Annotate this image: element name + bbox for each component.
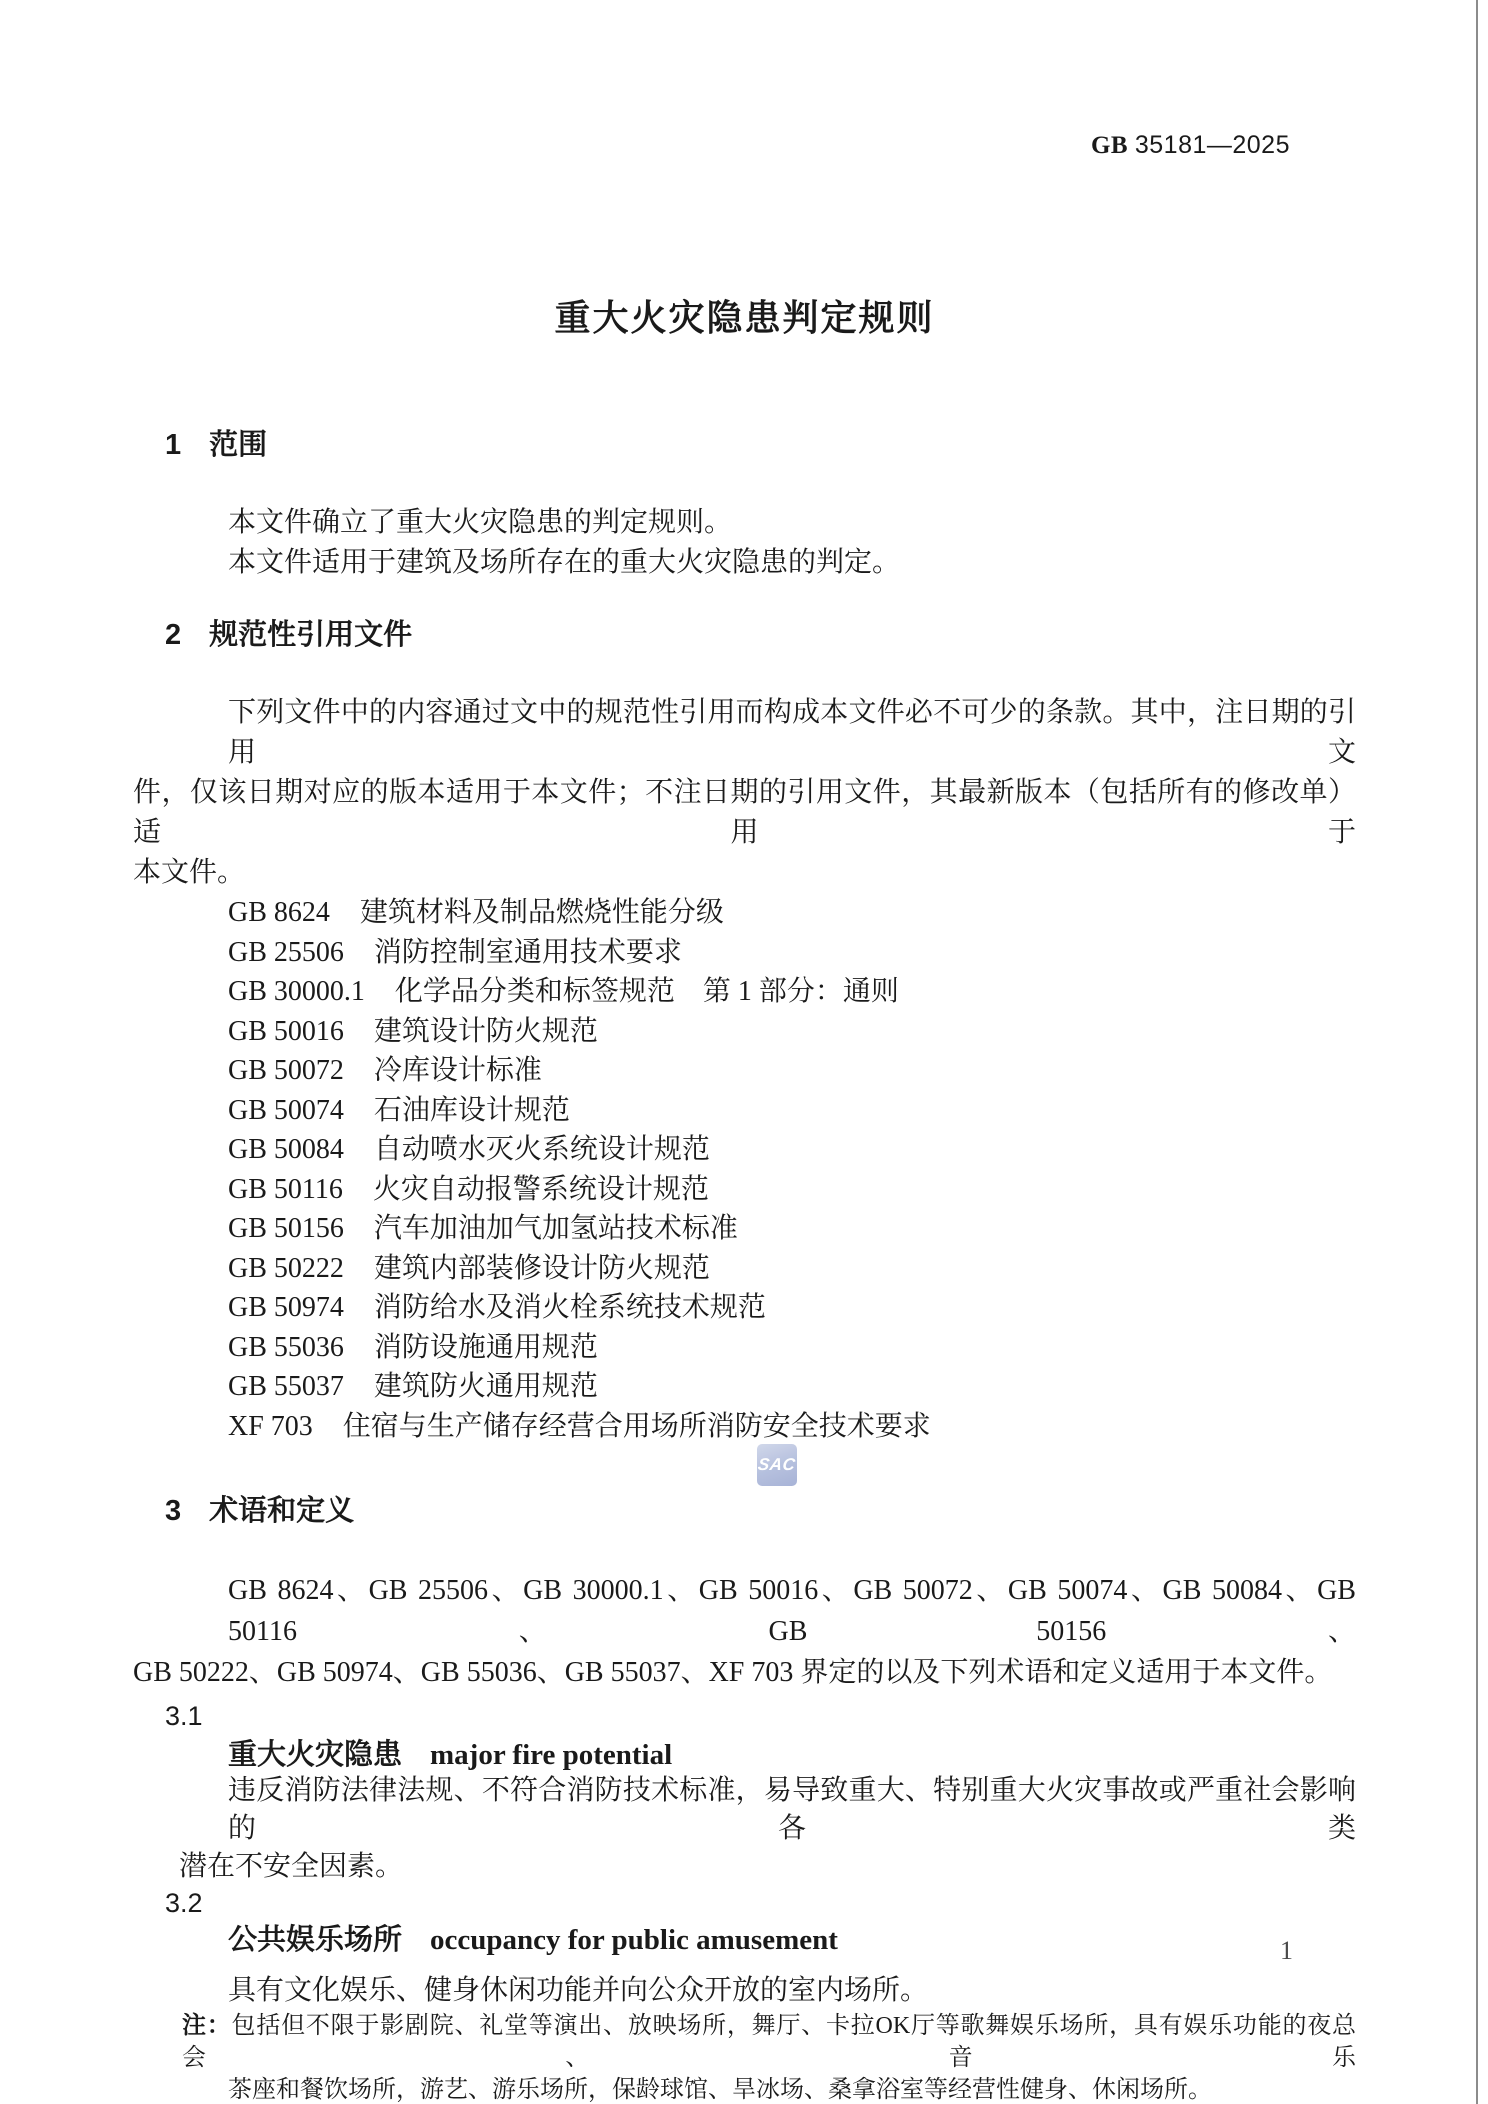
reference-title: 消防设施通用规范 [374,1332,598,1363]
reference-item: GB 8624建筑材料及制品燃烧性能分级 [228,893,1356,933]
reference-title: 冷库设计标准 [374,1055,542,1086]
section-2-heading: 2规范性引用文件 [165,618,1356,652]
reference-code: GB 50222 [228,1253,344,1284]
reference-title: 建筑内部装修设计防火规范 [374,1253,710,1284]
section-3-number: 3 [165,1495,181,1527]
term-3-1-definition: 违反消防法律法规、不符合消防技术标准，易导致重大、特别重大火灾事故或严重社会影响… [133,1772,1356,1886]
reference-item: GB 50974消防给水及消火栓系统技术规范 [228,1288,1356,1328]
reference-item: GB 25506消防控制室通用技术要求 [228,933,1356,973]
sac-watermark: SAC [757,1444,797,1486]
definition-line: 潜在不安全因素。 [179,1848,1356,1886]
reference-code: GB 50072 [228,1055,344,1086]
section-2-number: 2 [165,619,181,651]
section-2-title: 规范性引用文件 [209,619,412,651]
paragraph-line: GB 8624、GB 25506、GB 30000.1、GB 50016、GB … [228,1570,1356,1652]
reference-item: GB 50084自动喷水灭火系统设计规范 [228,1130,1356,1170]
note-line: 茶座和餐饮场所，游艺、游乐场所，保龄球馆、旱冰场、桑拿浴室等经营性健身、休闲场所… [228,2074,1356,2104]
page-content: GB 35181—2025 重大火灾隐患判定规则 1范围 本文件确立了重大火灾隐… [133,0,1356,2104]
reference-item: GB 50156汽车加油加气加氢站技术标准 [228,1209,1356,1249]
reference-code: GB 50084 [228,1134,344,1165]
section-3-heading: 3术语和定义 [165,1494,1356,1528]
paragraph-line: GB 50222、GB 50974、GB 55036、GB 55037、XF 7… [133,1652,1356,1693]
normative-references-list: GB 8624建筑材料及制品燃烧性能分级 GB 25506消防控制室通用技术要求… [133,893,1356,1446]
reference-item: GB 50222建筑内部装修设计防火规范 [228,1249,1356,1289]
term-3-2-definition: 具有文化娱乐、健身休闲功能并向公众开放的室内场所。 [133,1974,1356,2008]
reference-code: GB 50974 [228,1292,344,1323]
reference-code: XF 703 [228,1411,313,1442]
section-1-number: 1 [165,429,181,461]
section-2-intro: 下列文件中的内容通过文中的规范性引用而构成本文件必不可少的条款。其中，注日期的引… [133,693,1356,893]
reference-code: GB 50156 [228,1213,344,1244]
reference-code: GB 30000.1 [228,976,365,1007]
reference-code: GB 50016 [228,1016,344,1047]
reference-item: GB 55036消防设施通用规范 [228,1328,1356,1368]
document-title: 重大火灾隐患判定规则 [133,298,1356,338]
reference-title: 建筑防火通用规范 [374,1371,598,1402]
reference-title: 消防给水及消火栓系统技术规范 [374,1292,766,1323]
term-3-2-number: 3.2 [165,1888,1356,1918]
reference-title: 住宿与生产储存经营合用场所消防安全技术要求 [343,1411,931,1442]
reference-item: GB 50016建筑设计防火规范 [228,1012,1356,1052]
term-zh: 重大火灾隐患 [228,1739,402,1771]
section-1-heading: 1范围 [165,428,1356,462]
reference-title: 石油库设计规范 [374,1095,570,1126]
term-3-2-note: 注：包括但不限于影剧院、礼堂等演出、放映场所，舞厅、卡拉OK厅等歌舞娱乐场所，具… [133,2010,1356,2104]
reference-title: 汽车加油加气加氢站技术标准 [374,1213,738,1244]
reference-title: 化学品分类和标签规范 第 1 部分：通则 [395,976,899,1007]
section-3-intro: GB 8624、GB 25506、GB 30000.1、GB 50016、GB … [133,1570,1356,1693]
term-zh: 公共娱乐场所 [228,1924,402,1956]
reference-title: 建筑材料及制品燃烧性能分级 [360,897,724,928]
paragraph-line: 本文件。 [133,853,1356,893]
note-line: 注：包括但不限于影剧院、礼堂等演出、放映场所，舞厅、卡拉OK厅等歌舞娱乐场所，具… [182,2010,1356,2074]
term-3-1-number: 3.1 [165,1701,1356,1731]
page-number: 1 [1280,1936,1293,1966]
reference-code: GB 50116 [228,1174,343,1205]
doc-number-prefix: GB [1091,132,1128,159]
paragraph-line: 本文件适用于建筑及场所存在的重大火灾隐患的判定。 [228,543,1356,583]
reference-item: GB 50072冷库设计标准 [228,1051,1356,1091]
sac-watermark-text: SAC [757,1455,797,1475]
reference-item: GB 55037建筑防火通用规范 [228,1367,1356,1407]
reference-code: GB 55037 [228,1371,344,1402]
section-3-title: 术语和定义 [209,1495,354,1527]
reference-title: 消防控制室通用技术要求 [374,937,682,968]
section-1-body: 本文件确立了重大火灾隐患的判定规则。 本文件适用于建筑及场所存在的重大火灾隐患的… [133,503,1356,583]
doc-number: GB 35181—2025 [133,132,1290,159]
reference-item: GB 50074石油库设计规范 [228,1091,1356,1131]
definition-line: 具有文化娱乐、健身休闲功能并向公众开放的室内场所。 [228,1974,1356,2008]
reference-title: 建筑设计防火规范 [374,1016,598,1047]
document-page: { "header": { "gb": "GB", "number": "351… [0,0,1488,2104]
reference-code: GB 25506 [228,937,344,968]
reference-code: GB 8624 [228,897,330,928]
note-text: 包括但不限于影剧院、礼堂等演出、放映场所，舞厅、卡拉OK厅等歌舞娱乐场所，具有娱… [182,2013,1356,2071]
term-3-2: 公共娱乐场所occupancy for public amusement [228,1923,1356,1957]
term-en: occupancy for public amusement [430,1924,838,1956]
definition-line: 违反消防法律法规、不符合消防技术标准，易导致重大、特别重大火灾事故或严重社会影响… [228,1772,1356,1848]
paragraph-line: 本文件确立了重大火灾隐患的判定规则。 [228,503,1356,543]
section-1-title: 范围 [209,429,267,461]
term-en: major fire potential [430,1739,672,1771]
reference-item: GB 30000.1化学品分类和标签规范 第 1 部分：通则 [228,972,1356,1012]
paragraph-line: 下列文件中的内容通过文中的规范性引用而构成本文件必不可少的条款。其中，注日期的引… [228,693,1356,773]
page-edge-line [1476,0,1478,2104]
paragraph-line: 件，仅该日期对应的版本适用于本文件；不注日期的引用文件，其最新版本（包括所有的修… [133,773,1356,853]
reference-item: GB 50116火灾自动报警系统设计规范 [228,1170,1356,1210]
reference-code: GB 50074 [228,1095,344,1126]
doc-number-value: 35181—2025 [1135,131,1290,159]
term-3-1: 重大火灾隐患major fire potential [228,1738,1356,1772]
reference-title: 自动喷水灭火系统设计规范 [374,1134,710,1165]
note-label: 注： [182,2012,232,2039]
reference-item: XF 703住宿与生产储存经营合用场所消防安全技术要求 [228,1407,1356,1447]
reference-title: 火灾自动报警系统设计规范 [373,1174,709,1205]
reference-code: GB 55036 [228,1332,344,1363]
